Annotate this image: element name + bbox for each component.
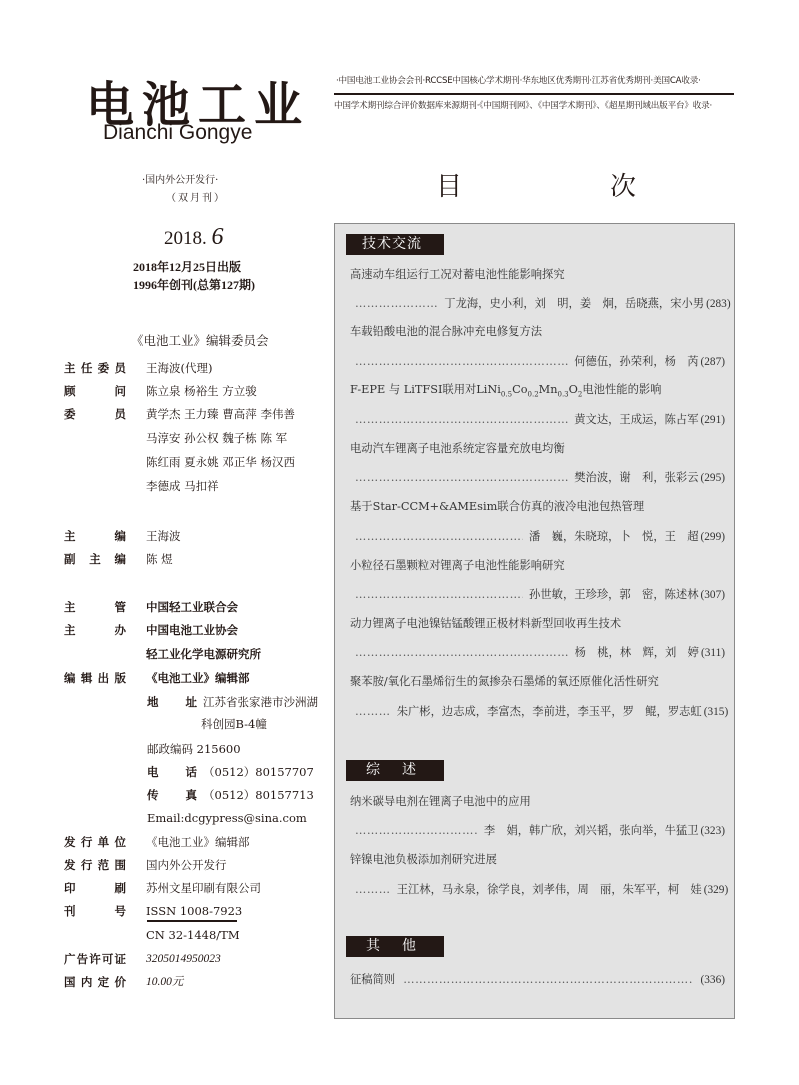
toc-page[interactable]: (311)	[701, 647, 725, 659]
info-label: 主任委员	[64, 359, 126, 377]
toc-authors: 朱广彬，边志成，李富杰，李前进，李玉平，罗 鲲，罗志虹	[397, 703, 702, 719]
info-label: 副主编	[64, 550, 126, 568]
journal-title-en: Dianchi Gongye	[103, 121, 252, 145]
toc-single-entry[interactable]: 征稿简则 ………………………………………………………………………………………………	[350, 971, 725, 987]
toc-heading-left: 目	[436, 166, 462, 203]
editor-publisher-row: 编辑出版 《电池工业》编辑部	[64, 669, 250, 687]
issue-year: 2018.	[164, 228, 207, 249]
toc-article-title[interactable]: 锌镍电池负极添加剂研究进展	[350, 851, 497, 867]
toc-author-line: ………………………………………………………………………………………………… 李 …	[355, 822, 725, 838]
info-value: 王海波(代理)	[146, 359, 212, 377]
email-row[interactable]: Email:dcgypress@sina.com	[147, 809, 307, 827]
postcode-row: 邮政编码 215600	[147, 740, 241, 758]
toc-author-line: ……… 王江林，马永泉，徐学良，刘孝伟，周 丽，朱军平，柯 娃 (329)	[355, 881, 725, 897]
fax-row: 传真 （0512）80157713	[147, 786, 314, 804]
info-label: 发行单位	[64, 833, 126, 851]
distribution-scope-row: 发行范围 国内外公开发行	[64, 856, 227, 874]
board-row-members-2: 马淳安 孙公权 魏子栋 陈 军	[64, 429, 287, 447]
toc-article-title[interactable]: 小粒径石墨颗粒对锂离子电池性能影响研究	[350, 557, 565, 573]
leader-dots: ………	[355, 705, 391, 718]
cn-number-row: CN 32-1448/TM	[64, 926, 240, 944]
toc-author-line: ………………………………………………………………………………………………… 孙世…	[355, 586, 725, 602]
toc-page[interactable]: (336)	[701, 974, 725, 986]
indexing-line-2: 中国学术期刊综合评价数据库来源期刊·《中国期刊网》、《中国学术期刊》、《超星期刊…	[334, 99, 712, 111]
info-label: 电话	[147, 763, 197, 781]
toc-page[interactable]: (295)	[701, 472, 725, 484]
leader-dots: ………	[355, 883, 391, 896]
distribution-note: ·国内外公开发行·	[142, 171, 218, 186]
toc-article-title[interactable]: 高速动车组运行工况对蓄电池性能影响探究	[350, 266, 565, 282]
toc-heading-right: 次	[610, 166, 636, 203]
toc-author-line: ………………………………………………………………………………………………… 杨 …	[355, 644, 725, 660]
info-label: 主编	[64, 527, 126, 545]
toc-authors: 丁龙海，史小利，刘 明，姜 炯，岳晓燕，宋小男	[444, 295, 704, 311]
leader-dots: …………………………………………………………………………………………………	[355, 413, 568, 426]
toc-article-title[interactable]: 电动汽车锂离子电池系统定容量充放电均衡	[350, 440, 565, 456]
toc-authors: 樊治波，谢 利，张彩云	[574, 469, 698, 485]
address-row-2: 科创园B-4幢	[201, 715, 267, 733]
info-value: 3205014950023	[146, 950, 221, 968]
sponsor-row: 主办 中国电池工业协会	[64, 621, 238, 639]
info-label: 编辑出版	[64, 669, 126, 687]
address-row: 地址 江苏省张家港市沙洲湖	[147, 693, 318, 711]
leader-dots: …………………………………………………………………………………………………	[355, 588, 523, 601]
toc-page[interactable]: (287)	[701, 356, 725, 368]
toc-article-title[interactable]: 动力锂离子电池镍钴锰酸锂正极材料新型回收再生技术	[350, 615, 621, 631]
leader-dots: …………………………………………………………………………………………………	[355, 471, 568, 484]
toc-article-title[interactable]: 征稿简则	[350, 971, 395, 987]
supervisor-row: 主管 中国轻工业联合会	[64, 598, 238, 616]
info-value: 马淳安 孙公权 魏子栋 陈 军	[146, 429, 287, 447]
founded-note: 1996年创刊(总第127期)	[133, 276, 255, 293]
info-value: 10.00元	[146, 973, 183, 991]
leader-dots: …………………	[355, 297, 438, 310]
info-value: 国内外公开发行	[146, 856, 227, 874]
editorial-board-title: 《电池工业》编辑委员会	[131, 331, 269, 349]
info-value: 科创园B-4幢	[201, 715, 267, 733]
ad-license-row: 广告许可证 3205014950023	[64, 950, 221, 968]
info-label: 顾问	[64, 382, 126, 400]
toc-page[interactable]: (323)	[701, 825, 725, 837]
sponsor-row-2: 轻工业化学电源研究所	[64, 645, 261, 663]
info-value: 李德成 马扣祥	[146, 477, 219, 495]
info-label: 发行范围	[64, 856, 126, 874]
leader-dots: …………………………………………………………………………………………………	[355, 824, 478, 837]
info-value: 轻工业化学电源研究所	[146, 645, 261, 663]
info-value: 邮政编码 215600	[147, 740, 241, 758]
info-label: 传真	[147, 786, 197, 804]
info-value: 陈立泉 杨裕生 方立骏	[146, 382, 257, 400]
section-tag-review: 综述	[346, 760, 444, 781]
distributor-row: 发行单位 《电池工业》编辑部	[64, 833, 250, 851]
info-value: 中国电池工业协会	[146, 621, 238, 639]
printer-row: 印刷 苏州文星印刷有限公司	[64, 879, 261, 897]
deputy-editor-row: 副主编 陈 煜	[64, 550, 173, 568]
info-value: 黄学杰 王力臻 曹高萍 李伟善	[146, 405, 295, 423]
info-value: 陈 煜	[146, 550, 173, 568]
info-label: 主办	[64, 621, 126, 639]
leader-dots: …………………………………………………………………………………………………	[355, 530, 523, 543]
issn-value: ISSN 1008-7923	[146, 902, 242, 920]
toc-article-title[interactable]: 纳米碳导电剂在锂离子电池中的应用	[350, 793, 531, 809]
info-label: 印刷	[64, 879, 126, 897]
toc-article-title[interactable]: F-EPE 与 LiTFSI联用对LiNi0.5Co0.2Mn0.3O2电池性能…	[350, 381, 661, 398]
info-label: 刊号	[64, 902, 126, 920]
email-link[interactable]: Email:dcgypress@sina.com	[147, 809, 307, 827]
section-tag-other: 其他	[346, 936, 444, 957]
toc-author-line: ……… 朱广彬，边志成，李富杰，李前进，李玉平，罗 鲲，罗志虹 (315)	[355, 703, 725, 719]
issue-no: 6	[212, 224, 224, 250]
info-value: 中国轻工业联合会	[146, 598, 238, 616]
cn-value: CN 32-1448/TM	[146, 926, 240, 944]
issue-number: 2018. 6	[164, 224, 224, 251]
info-label: 国内定价	[64, 973, 126, 991]
info-label: 委员	[64, 405, 126, 423]
leader-dots: …………………………………………………………………………………………………	[355, 355, 568, 368]
toc-authors: 孙世敏，王珍珍，郭 密，陈述林	[529, 586, 698, 602]
toc-author-line: ………………………………………………………………………………………………… 何德…	[355, 353, 725, 369]
frequency-note: （双月刊）	[166, 189, 226, 204]
leader-dots: …………………………………………………………………………………………………	[355, 646, 569, 659]
price-row: 国内定价 10.00元	[64, 973, 183, 991]
info-label: 广告许可证	[64, 950, 126, 968]
header-divider	[334, 93, 734, 95]
toc-page[interactable]: (315)	[704, 706, 728, 718]
section-tag-tech: 技术交流	[346, 234, 444, 255]
info-value: （0512）80157707	[203, 763, 314, 781]
leader-dots: …………………………………………………………………………………………………	[403, 973, 692, 986]
issn-divider	[147, 920, 237, 922]
toc-authors: 黄文达，王成运，陈占军	[574, 411, 698, 427]
toc-authors: 王江林，马永泉，徐学良，刘孝伟，周 丽，朱军平，柯 娃	[397, 881, 702, 897]
toc-authors: 潘 巍，朱晓琼，卜 悦，王 超	[529, 528, 698, 544]
toc-page[interactable]: (307)	[701, 589, 725, 601]
toc-page[interactable]: (283)	[706, 298, 730, 310]
editor-in-chief-row: 主编 王海波	[64, 527, 181, 545]
info-value: 江苏省张家港市沙洲湖	[203, 693, 318, 711]
toc-author-line: ………………… 丁龙海，史小利，刘 明，姜 炯，岳晓燕，宋小男 (283)	[355, 295, 725, 311]
publish-date: 2018年12月25日出版	[133, 258, 241, 275]
toc-page[interactable]: (291)	[701, 414, 725, 426]
board-row-members: 委员 黄学杰 王力臻 曹高萍 李伟善	[64, 405, 295, 423]
info-value: 《电池工业》编辑部	[146, 669, 250, 687]
info-value: 苏州文星印刷有限公司	[146, 879, 261, 897]
toc-authors: 何德伍，孙荣利，杨 芮	[574, 353, 698, 369]
toc-author-line: ………………………………………………………………………………………………… 樊治…	[355, 469, 725, 485]
info-value: （0512）80157713	[203, 786, 314, 804]
toc-author-line: ………………………………………………………………………………………………… 黄文…	[355, 411, 725, 427]
toc-authors: 李 娟，韩广欣，刘兴韬，张向举，牛猛卫	[484, 822, 699, 838]
info-label: 主管	[64, 598, 126, 616]
info-value: 陈红雨 夏永姚 邓正华 杨汉西	[146, 453, 295, 471]
info-value: 王海波	[146, 527, 181, 545]
indexing-line-1: ·中国电池工业协会会刊·RCCSE中国核心学术期刊·华东地区优秀期刊·江苏省优秀…	[336, 74, 701, 86]
info-value: 《电池工业》编辑部	[146, 833, 250, 851]
serial-number-row: 刊号 ISSN 1008-7923	[64, 902, 242, 920]
toc-article-title[interactable]: 基于Star-CCM+&AMEsim联合仿真的液冷电池包热管理	[350, 498, 644, 514]
toc-page[interactable]: (299)	[701, 531, 725, 543]
board-row-director: 主任委员 王海波(代理)	[64, 359, 212, 377]
info-label: 地址	[147, 693, 197, 711]
toc-article-title[interactable]: 聚苯胺/氧化石墨烯衍生的氮掺杂石墨烯的氧还原催化活性研究	[350, 673, 659, 689]
board-row-members-3: 陈红雨 夏永姚 邓正华 杨汉西	[64, 453, 295, 471]
toc-heading: 目 次	[436, 166, 636, 203]
phone-row: 电话 （0512）80157707	[147, 763, 314, 781]
toc-authors: 杨 桃，林 辉，刘 婷	[575, 644, 699, 660]
table-of-contents: 技术交流 高速动车组运行工况对蓄电池性能影响探究 ………………… 丁龙海，史小利…	[334, 223, 735, 1019]
board-row-advisors: 顾问 陈立泉 杨裕生 方立骏	[64, 382, 257, 400]
board-row-members-4: 李德成 马扣祥	[64, 477, 219, 495]
toc-page[interactable]: (329)	[704, 884, 728, 896]
toc-article-title[interactable]: 车载铅酸电池的混合脉冲充电修复方法	[350, 323, 542, 339]
toc-author-line: ………………………………………………………………………………………………… 潘 …	[355, 528, 725, 544]
